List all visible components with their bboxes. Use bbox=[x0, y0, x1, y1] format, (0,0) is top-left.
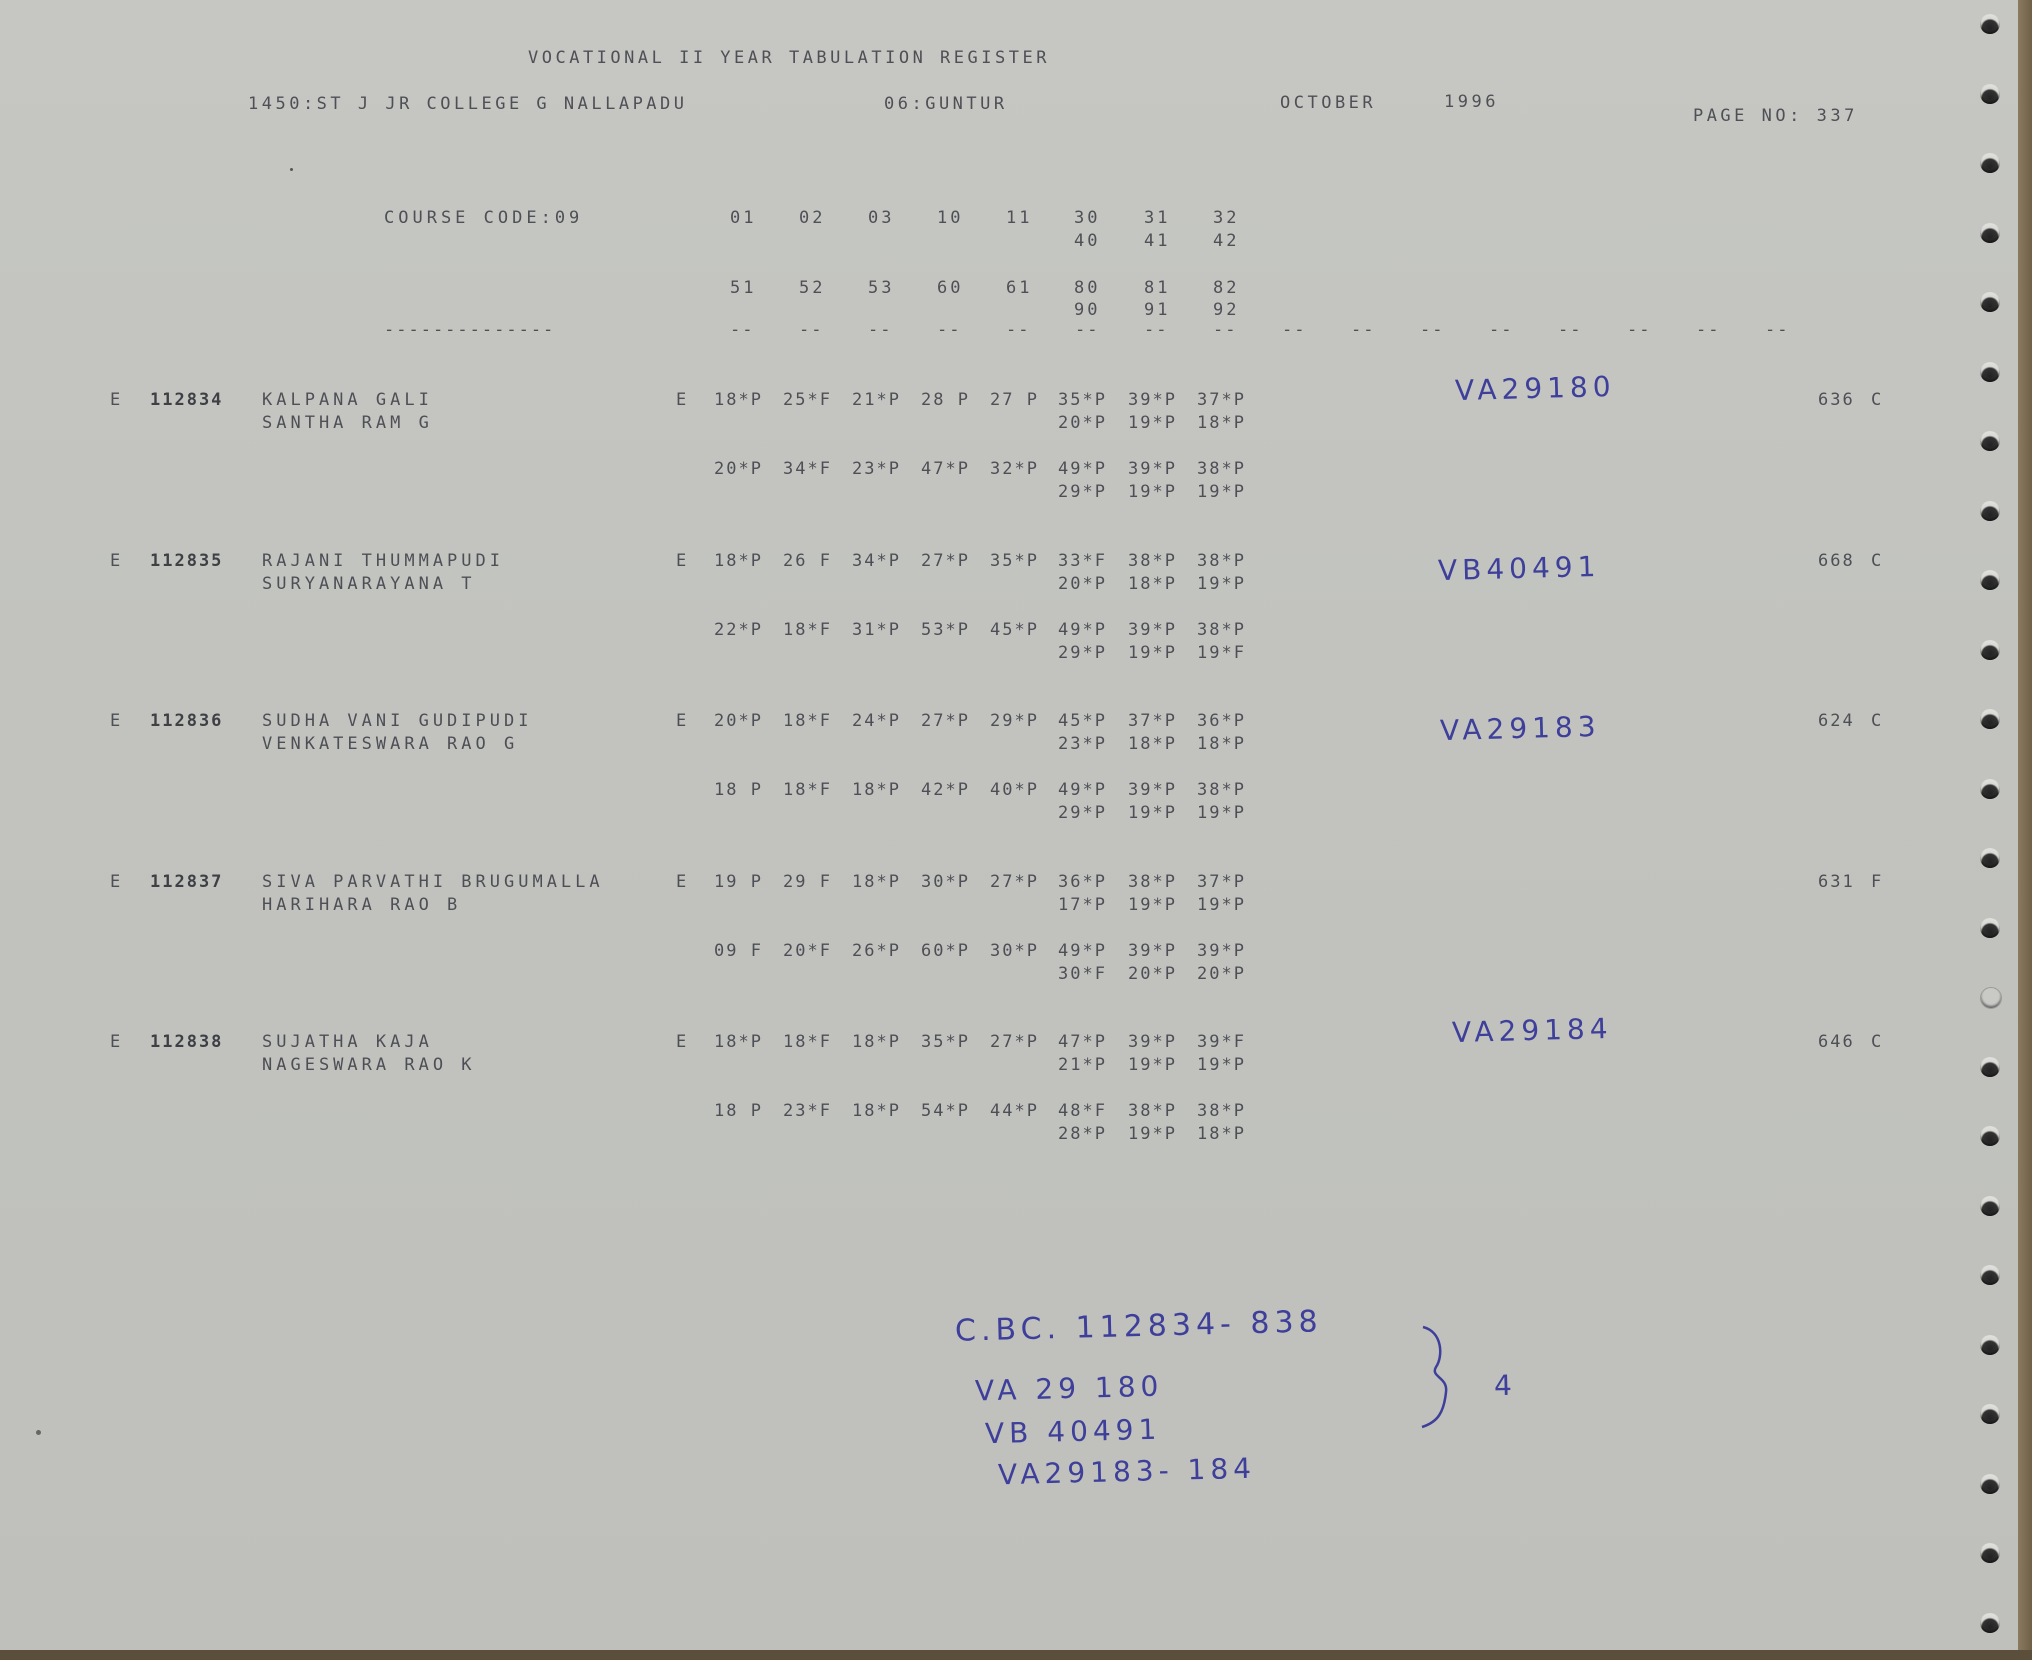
mark-cell: 18*P bbox=[852, 874, 901, 891]
column-dash: -- bbox=[1489, 322, 1513, 339]
column-dash: -- bbox=[1765, 322, 1789, 339]
page-number-label: PAGE NO: 337 bbox=[1638, 91, 1858, 142]
feed-hole-icon bbox=[1980, 1126, 2000, 1146]
subject-code: 53 bbox=[868, 280, 894, 297]
mark-cell: 18*P bbox=[714, 1034, 763, 1051]
feed-hole-icon bbox=[1980, 709, 2000, 729]
handwritten-note-line-3: VB 40491 bbox=[985, 1416, 1162, 1449]
mark-cell: 19*P bbox=[1128, 415, 1177, 432]
hall-ticket-number: 112837 bbox=[150, 874, 223, 891]
exam-medium: E bbox=[676, 392, 690, 409]
subject-code: 80 bbox=[1074, 280, 1100, 297]
curly-brace-icon bbox=[1418, 1322, 1458, 1432]
mark-cell: 42*P bbox=[921, 782, 970, 799]
mark-cell: 49*P bbox=[1058, 461, 1107, 478]
college-name: 1450:ST J JR COLLEGE G NALLAPADU bbox=[248, 96, 688, 113]
feed-hole-icon bbox=[1980, 918, 2000, 938]
course-code: COURSE CODE:09 bbox=[384, 210, 583, 227]
mark-cell: 38*P bbox=[1197, 461, 1246, 478]
feed-hole-icon bbox=[1980, 431, 2000, 451]
subject-code: 51 bbox=[730, 280, 756, 297]
feed-hole-icon bbox=[1980, 1543, 2000, 1563]
mark-cell: 27*P bbox=[921, 553, 970, 570]
feed-hole-icon bbox=[1980, 1335, 2000, 1355]
mark-cell: 37*P bbox=[1128, 713, 1177, 730]
column-dash: -- bbox=[730, 322, 754, 339]
handwritten-note-line-2: VA 29 180 bbox=[975, 1373, 1164, 1406]
subject-code: 41 bbox=[1144, 233, 1170, 250]
tabulation-register-page: VOCATIONAL II YEAR TABULATION REGISTER 1… bbox=[0, 0, 2018, 1652]
mark-cell: 20*P bbox=[1058, 576, 1107, 593]
mark-cell: 17*P bbox=[1058, 897, 1107, 914]
result-grade: C bbox=[1871, 1034, 1885, 1051]
column-dash: -- bbox=[868, 322, 892, 339]
mark-cell: 25*F bbox=[783, 392, 832, 409]
mark-cell: 29*P bbox=[990, 713, 1039, 730]
mark-cell: 37*P bbox=[1197, 392, 1246, 409]
column-dash: -- bbox=[1558, 322, 1582, 339]
mark-cell: 19*P bbox=[1197, 1057, 1246, 1074]
mark-cell: 38*P bbox=[1128, 553, 1177, 570]
medium-code: E bbox=[110, 713, 124, 730]
feed-hole-icon bbox=[1980, 1265, 2000, 1285]
column-dash: -- bbox=[1006, 322, 1030, 339]
mark-cell: 20*P bbox=[714, 713, 763, 730]
course-dashes: -------------- bbox=[384, 322, 555, 339]
mark-cell: 47*P bbox=[1058, 1034, 1107, 1051]
subject-code: 40 bbox=[1074, 233, 1100, 250]
mark-cell: 36*P bbox=[1058, 874, 1107, 891]
handwritten-note-line-1: C.BC. 112834- 838 bbox=[955, 1307, 1323, 1347]
register-title: VOCATIONAL II YEAR TABULATION REGISTER bbox=[528, 50, 1050, 67]
hall-ticket-number: 112836 bbox=[150, 713, 223, 730]
subject-code: 02 bbox=[799, 210, 825, 227]
mark-cell: 18*P bbox=[852, 1034, 901, 1051]
mark-cell: 18*P bbox=[1128, 576, 1177, 593]
subject-code: 42 bbox=[1213, 233, 1239, 250]
mark-cell: 39*P bbox=[1128, 943, 1177, 960]
student-name: SUJATHA KAJA bbox=[262, 1034, 433, 1051]
result-grade: C bbox=[1871, 713, 1885, 730]
mark-cell: 49*P bbox=[1058, 943, 1107, 960]
mark-cell: 18*P bbox=[852, 1103, 901, 1120]
mark-cell: 19 P bbox=[714, 874, 763, 891]
feed-hole-icon bbox=[1980, 1196, 2000, 1216]
mark-cell: 44*P bbox=[990, 1103, 1039, 1120]
ink-dot bbox=[36, 1430, 41, 1435]
mark-cell: 19*P bbox=[1128, 1126, 1177, 1143]
mark-cell: 48*F bbox=[1058, 1103, 1107, 1120]
mark-cell: 19*P bbox=[1197, 484, 1246, 501]
mark-cell: 21*P bbox=[852, 392, 901, 409]
exam-month: OCTOBER bbox=[1280, 95, 1376, 112]
mark-cell: 30*F bbox=[1058, 966, 1107, 983]
medium-code: E bbox=[110, 1034, 124, 1051]
mark-cell: 19*P bbox=[1128, 805, 1177, 822]
feed-hole-icon bbox=[1980, 223, 2000, 243]
subject-code: 81 bbox=[1144, 280, 1170, 297]
mark-cell: 37*P bbox=[1197, 874, 1246, 891]
column-dash: -- bbox=[1213, 322, 1237, 339]
feed-hole-icon bbox=[1980, 84, 2000, 104]
feed-hole-icon bbox=[1980, 640, 2000, 660]
column-dash: -- bbox=[1627, 322, 1651, 339]
mark-cell: 38*P bbox=[1128, 874, 1177, 891]
result-grade: C bbox=[1871, 553, 1885, 570]
hall-ticket-number: 112834 bbox=[150, 392, 223, 409]
mark-cell: 18*P bbox=[1128, 736, 1177, 753]
exam-medium: E bbox=[676, 713, 690, 730]
exam-medium: E bbox=[676, 874, 690, 891]
subject-code: 31 bbox=[1144, 210, 1170, 227]
mark-cell: 20*F bbox=[783, 943, 832, 960]
student-name: SIVA PARVATHI BRUGUMALLA bbox=[262, 874, 604, 891]
mark-cell: 29 F bbox=[783, 874, 832, 891]
total-marks: 646 bbox=[1818, 1034, 1855, 1051]
page-label: PAGE NO: bbox=[1693, 106, 1803, 126]
mark-cell: 18*P bbox=[1197, 1126, 1246, 1143]
mark-cell: 22*P bbox=[714, 622, 763, 639]
mark-cell: 27*P bbox=[921, 713, 970, 730]
feed-hole-icon bbox=[1980, 153, 2000, 173]
column-dash: -- bbox=[1282, 322, 1306, 339]
table-edge bbox=[0, 1650, 2032, 1660]
mark-cell: 18*P bbox=[714, 553, 763, 570]
handwritten-reference: VA29184 bbox=[1452, 1015, 1613, 1047]
mark-cell: 20*P bbox=[1058, 415, 1107, 432]
mark-cell: 19*P bbox=[1197, 897, 1246, 914]
mark-cell: 39*P bbox=[1128, 392, 1177, 409]
mark-cell: 28 P bbox=[921, 392, 970, 409]
mark-cell: 33*F bbox=[1058, 553, 1107, 570]
feed-hole-icon bbox=[1980, 1474, 2000, 1494]
mark-cell: 23*P bbox=[852, 461, 901, 478]
subject-code: 91 bbox=[1144, 302, 1170, 319]
handwritten-brace-count: 4 bbox=[1494, 1372, 1518, 1401]
mark-cell: 23*F bbox=[783, 1103, 832, 1120]
mark-cell: 38*P bbox=[1197, 622, 1246, 639]
paper-edge bbox=[2018, 0, 2032, 1660]
medium-code: E bbox=[110, 874, 124, 891]
feed-hole-icon bbox=[1980, 570, 2000, 590]
total-marks: 668 bbox=[1818, 553, 1855, 570]
mark-cell: 39*P bbox=[1197, 943, 1246, 960]
mark-cell: 09 F bbox=[714, 943, 763, 960]
feed-hole-icon bbox=[1980, 1404, 2000, 1424]
exam-year: 1996 bbox=[1444, 94, 1499, 111]
mark-cell: 26*P bbox=[852, 943, 901, 960]
parent-name: NAGESWARA RAO K bbox=[262, 1057, 476, 1074]
exam-medium: E bbox=[676, 553, 690, 570]
mark-cell: 39*P bbox=[1128, 461, 1177, 478]
mark-cell: 30*P bbox=[921, 874, 970, 891]
student-name: SUDHA VANI GUDIPUDI bbox=[262, 713, 532, 730]
mark-cell: 18*F bbox=[783, 782, 832, 799]
mark-cell: 34*F bbox=[783, 461, 832, 478]
mark-cell: 29*P bbox=[1058, 484, 1107, 501]
mark-cell: 29*P bbox=[1058, 645, 1107, 662]
mark-cell: 45*P bbox=[1058, 713, 1107, 730]
subject-code: 61 bbox=[1006, 280, 1032, 297]
parent-name: VENKATESWARA RAO G bbox=[262, 736, 518, 753]
subject-code: 90 bbox=[1074, 302, 1100, 319]
mark-cell: 38*P bbox=[1197, 1103, 1246, 1120]
feed-hole-icon bbox=[1980, 292, 2000, 312]
mark-cell: 18*P bbox=[1197, 736, 1246, 753]
mark-cell: 19*F bbox=[1197, 645, 1246, 662]
parent-name: HARIHARA RAO B bbox=[262, 897, 461, 914]
feed-hole-icon bbox=[1980, 362, 2000, 382]
mark-cell: 38*P bbox=[1197, 553, 1246, 570]
page-number: 337 bbox=[1817, 106, 1858, 126]
subject-code: 01 bbox=[730, 210, 756, 227]
column-dash: -- bbox=[1351, 322, 1375, 339]
mark-cell: 38*P bbox=[1197, 782, 1246, 799]
mark-cell: 34*P bbox=[852, 553, 901, 570]
student-name: RAJANI THUMMAPUDI bbox=[262, 553, 504, 570]
hall-ticket-number: 112838 bbox=[150, 1034, 223, 1051]
mark-cell: 45*P bbox=[990, 622, 1039, 639]
mark-cell: 31*P bbox=[852, 622, 901, 639]
result-grade: F bbox=[1871, 874, 1885, 891]
hall-ticket-number: 112835 bbox=[150, 553, 223, 570]
mark-cell: 32*P bbox=[990, 461, 1039, 478]
total-marks: 636 bbox=[1818, 392, 1855, 409]
mark-cell: 38*P bbox=[1128, 1103, 1177, 1120]
column-dash: -- bbox=[799, 322, 823, 339]
mark-cell: 18 P bbox=[714, 782, 763, 799]
result-grade: C bbox=[1871, 392, 1885, 409]
mark-cell: 27*P bbox=[990, 874, 1039, 891]
mark-cell: 18*P bbox=[852, 782, 901, 799]
mark-cell: 19*P bbox=[1197, 805, 1246, 822]
mark-cell: 19*P bbox=[1197, 576, 1246, 593]
mark-cell: 24*P bbox=[852, 713, 901, 730]
tractor-feed-holes bbox=[1976, 0, 2006, 1660]
mark-cell: 18*F bbox=[783, 1034, 832, 1051]
medium-code: E bbox=[110, 553, 124, 570]
mark-cell: 18*F bbox=[783, 713, 832, 730]
subject-code: 11 bbox=[1006, 210, 1032, 227]
mark-cell: 19*P bbox=[1128, 897, 1177, 914]
mark-cell: 26 F bbox=[783, 553, 832, 570]
mark-cell: 49*P bbox=[1058, 782, 1107, 799]
column-dash: -- bbox=[1075, 322, 1099, 339]
total-marks: 624 bbox=[1818, 713, 1855, 730]
district-name: 06:GUNTUR bbox=[884, 96, 1008, 113]
mark-cell: 29*P bbox=[1058, 805, 1107, 822]
column-dash: -- bbox=[1144, 322, 1168, 339]
subject-code: 03 bbox=[868, 210, 894, 227]
mark-cell: 54*P bbox=[921, 1103, 970, 1120]
column-dash: -- bbox=[1696, 322, 1720, 339]
mark-cell: 27*P bbox=[990, 1034, 1039, 1051]
mark-cell: 60*P bbox=[921, 943, 970, 960]
mark-cell: 39*F bbox=[1197, 1034, 1246, 1051]
mark-cell: 19*P bbox=[1128, 1057, 1177, 1074]
mark-cell: 23*P bbox=[1058, 736, 1107, 753]
mark-cell: 18 P bbox=[714, 1103, 763, 1120]
feed-hole-icon bbox=[1980, 987, 2002, 1009]
mark-cell: 39*P bbox=[1128, 1034, 1177, 1051]
ink-dot bbox=[290, 168, 293, 171]
mark-cell: 20*P bbox=[1197, 966, 1246, 983]
mark-cell: 20*P bbox=[1128, 966, 1177, 983]
mark-cell: 18*P bbox=[1197, 415, 1246, 432]
column-dash: -- bbox=[937, 322, 961, 339]
mark-cell: 20*P bbox=[714, 461, 763, 478]
mark-cell: 19*P bbox=[1128, 645, 1177, 662]
subject-code: 32 bbox=[1213, 210, 1239, 227]
mark-cell: 49*P bbox=[1058, 622, 1107, 639]
mark-cell: 30*P bbox=[990, 943, 1039, 960]
feed-hole-icon bbox=[1980, 1613, 2000, 1633]
total-marks: 631 bbox=[1818, 874, 1855, 891]
handwritten-reference: VA29180 bbox=[1455, 373, 1616, 405]
mark-cell: 39*P bbox=[1128, 622, 1177, 639]
mark-cell: 35*P bbox=[921, 1034, 970, 1051]
feed-hole-icon bbox=[1980, 1057, 2000, 1077]
mark-cell: 18*F bbox=[783, 622, 832, 639]
feed-hole-icon bbox=[1980, 14, 2000, 34]
mark-cell: 27 P bbox=[990, 392, 1039, 409]
medium-code: E bbox=[110, 392, 124, 409]
handwritten-reference: VB40491 bbox=[1438, 553, 1601, 585]
subject-code: 10 bbox=[937, 210, 963, 227]
feed-hole-icon bbox=[1980, 848, 2000, 868]
mark-cell: 53*P bbox=[921, 622, 970, 639]
feed-hole-icon bbox=[1980, 501, 2000, 521]
mark-cell: 21*P bbox=[1058, 1057, 1107, 1074]
mark-cell: 28*P bbox=[1058, 1126, 1107, 1143]
mark-cell: 19*P bbox=[1128, 484, 1177, 501]
mark-cell: 39*P bbox=[1128, 782, 1177, 799]
mark-cell: 47*P bbox=[921, 461, 970, 478]
parent-name: SURYANARAYANA T bbox=[262, 576, 476, 593]
mark-cell: 40*P bbox=[990, 782, 1039, 799]
subject-code: 52 bbox=[799, 280, 825, 297]
parent-name: SANTHA RAM G bbox=[262, 415, 433, 432]
handwritten-note-line-4: VA29183- 184 bbox=[998, 1455, 1257, 1490]
mark-cell: 18*P bbox=[714, 392, 763, 409]
mark-cell: 35*P bbox=[990, 553, 1039, 570]
feed-hole-icon bbox=[1980, 779, 2000, 799]
subject-code: 30 bbox=[1074, 210, 1100, 227]
subject-code: 92 bbox=[1213, 302, 1239, 319]
mark-cell: 35*P bbox=[1058, 392, 1107, 409]
student-name: KALPANA GALI bbox=[262, 392, 433, 409]
mark-cell: 36*P bbox=[1197, 713, 1246, 730]
subject-code: 60 bbox=[937, 280, 963, 297]
column-dash: -- bbox=[1420, 322, 1444, 339]
handwritten-reference: VA29183 bbox=[1440, 713, 1601, 745]
exam-medium: E bbox=[676, 1034, 690, 1051]
subject-code: 82 bbox=[1213, 280, 1239, 297]
